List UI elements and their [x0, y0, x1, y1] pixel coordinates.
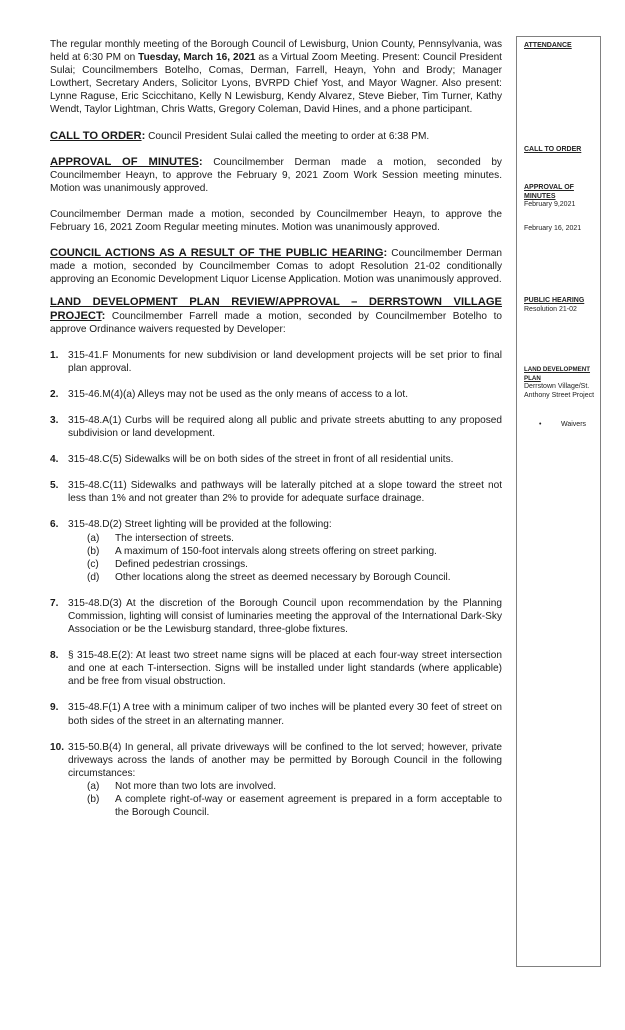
index-public-hearing: PUBLIC HEARING Resolution 21-02: [524, 297, 600, 314]
waiver-sub-list: (a)Not more than two lots are involved.(…: [68, 780, 502, 819]
waiver-number: 2.: [50, 388, 58, 401]
sub-item-label: (b): [87, 793, 99, 806]
waiver-number: 7.: [50, 597, 58, 610]
waiver-text: 315-48.C(5) Sidewalks will be on both si…: [68, 454, 453, 465]
waiver-text: § 315-48.E(2): At least two street name …: [68, 650, 502, 687]
waiver-sub-item: (a)Not more than two lots are involved.: [68, 780, 502, 793]
index-approval-of-minutes: APPROVAL OF MINUTES February 9,2021: [524, 184, 600, 210]
council-actions-heading: COUNCIL ACTIONS AS A RESULT OF THE PUBLI…: [50, 247, 383, 259]
sub-item-label: (b): [87, 545, 99, 558]
call-to-order-section: CALL TO ORDER: Council President Sulai c…: [50, 130, 502, 143]
sub-item-label: (a): [87, 532, 99, 545]
waiver-text: 315-46.M(4)(a) Alleys may not be used as…: [68, 389, 408, 400]
intro-paragraph: The regular monthly meeting of the Borou…: [50, 38, 502, 117]
sub-item-text: Not more than two lots are involved.: [115, 781, 276, 792]
land-development-section: LAND DEVELOPMENT PLAN REVIEW/APPROVAL – …: [50, 296, 502, 335]
index-land-development: LAND DEVELOPMENT PLAN Derrstown Village/…: [524, 366, 600, 400]
index-call-to-order: CALL TO ORDER: [524, 146, 600, 155]
waiver-item: 4.315-48.C(5) Sidewalks will be on both …: [50, 453, 502, 466]
waiver-item: 10.315-50.B(4) In general, all private d…: [50, 741, 502, 820]
waiver-number: 5.: [50, 479, 58, 492]
bullet-icon: •: [539, 421, 561, 428]
waiver-number: 4.: [50, 453, 58, 466]
waiver-text: 315-48.F(1) A tree with a minimum calipe…: [68, 702, 502, 726]
waiver-sub-item: (d)Other locations along the street as d…: [68, 571, 502, 584]
call-to-order-heading: CALL TO ORDER: [50, 130, 142, 142]
sub-item-text: Defined pedestrian crossings.: [115, 559, 248, 570]
index-waivers-bullet: •Waivers: [539, 421, 586, 428]
waiver-number: 9.: [50, 701, 58, 714]
waiver-text: 315-48.C(11) Sidewalks and pathways will…: [68, 480, 502, 504]
index-attendance: ATTENDANCE: [524, 42, 600, 51]
waiver-item: 7.315-48.D(3) At the discretion of the B…: [50, 597, 502, 636]
waiver-sub-item: (b)A maximum of 150-foot intervals along…: [68, 545, 502, 558]
approval-of-minutes-section: APPROVAL OF MINUTES: Councilmember Derma…: [50, 156, 502, 195]
sub-item-label: (d): [87, 571, 99, 584]
waiver-number: 1.: [50, 349, 58, 362]
index-approval-second: February 16, 2021: [524, 225, 600, 234]
waivers-list: 1.315-41.F Monuments for new subdivision…: [50, 349, 502, 820]
sub-item-label: (a): [87, 780, 99, 793]
waiver-number: 8.: [50, 649, 58, 662]
waiver-text: 315-48.A(1) Curbs will be required along…: [68, 415, 502, 439]
sub-item-text: A maximum of 150-foot intervals along st…: [115, 546, 437, 557]
waiver-sub-item: (c)Defined pedestrian crossings.: [68, 558, 502, 571]
waiver-item: 1.315-41.F Monuments for new subdivision…: [50, 349, 502, 375]
waiver-item: 8.§ 315-48.E(2): At least two street nam…: [50, 649, 502, 688]
sub-item-label: (c): [87, 558, 99, 571]
waiver-sub-list: (a)The intersection of streets.(b)A maxi…: [68, 532, 502, 584]
approval-of-minutes-heading: APPROVAL OF MINUTES: [50, 156, 199, 168]
waiver-item: 2.315-46.M(4)(a) Alleys may not be used …: [50, 388, 502, 401]
sub-item-text: A complete right-of-way or easement agre…: [115, 794, 502, 818]
sub-item-text: The intersection of streets.: [115, 533, 234, 544]
waiver-item: 3.315-48.A(1) Curbs will be required alo…: [50, 414, 502, 440]
waiver-text: 315-48.D(3) At the discretion of the Bor…: [68, 598, 502, 635]
sub-item-text: Other locations along the street as deem…: [115, 572, 451, 583]
waiver-text: 315-48.D(2) Street lighting will be prov…: [68, 519, 332, 530]
waiver-text: 315-41.F Monuments for new subdivision o…: [68, 350, 502, 374]
waiver-sub-item: (a)The intersection of streets.: [68, 532, 502, 545]
waiver-item: 6.315-48.D(2) Street lighting will be pr…: [50, 518, 502, 583]
meeting-date: Tuesday, March 16, 2021: [138, 52, 255, 63]
waiver-item: 5.315-48.C(11) Sidewalks and pathways wi…: [50, 479, 502, 505]
approval-of-minutes-second: Councilmember Derman made a motion, seco…: [50, 208, 502, 234]
waiver-item: 9.315-48.F(1) A tree with a minimum cali…: [50, 701, 502, 727]
minutes-body: The regular monthly meeting of the Borou…: [50, 38, 502, 832]
waiver-number: 6.: [50, 518, 58, 531]
waiver-text: 315-50.B(4) In general, all private driv…: [68, 742, 502, 779]
waiver-number: 10.: [50, 741, 64, 754]
waiver-sub-item: (b)A complete right-of-way or easement a…: [68, 793, 502, 819]
waiver-number: 3.: [50, 414, 58, 427]
council-actions-section: COUNCIL ACTIONS AS A RESULT OF THE PUBLI…: [50, 247, 502, 286]
margin-index: ATTENDANCE CALL TO ORDER APPROVAL OF MIN…: [516, 36, 601, 967]
